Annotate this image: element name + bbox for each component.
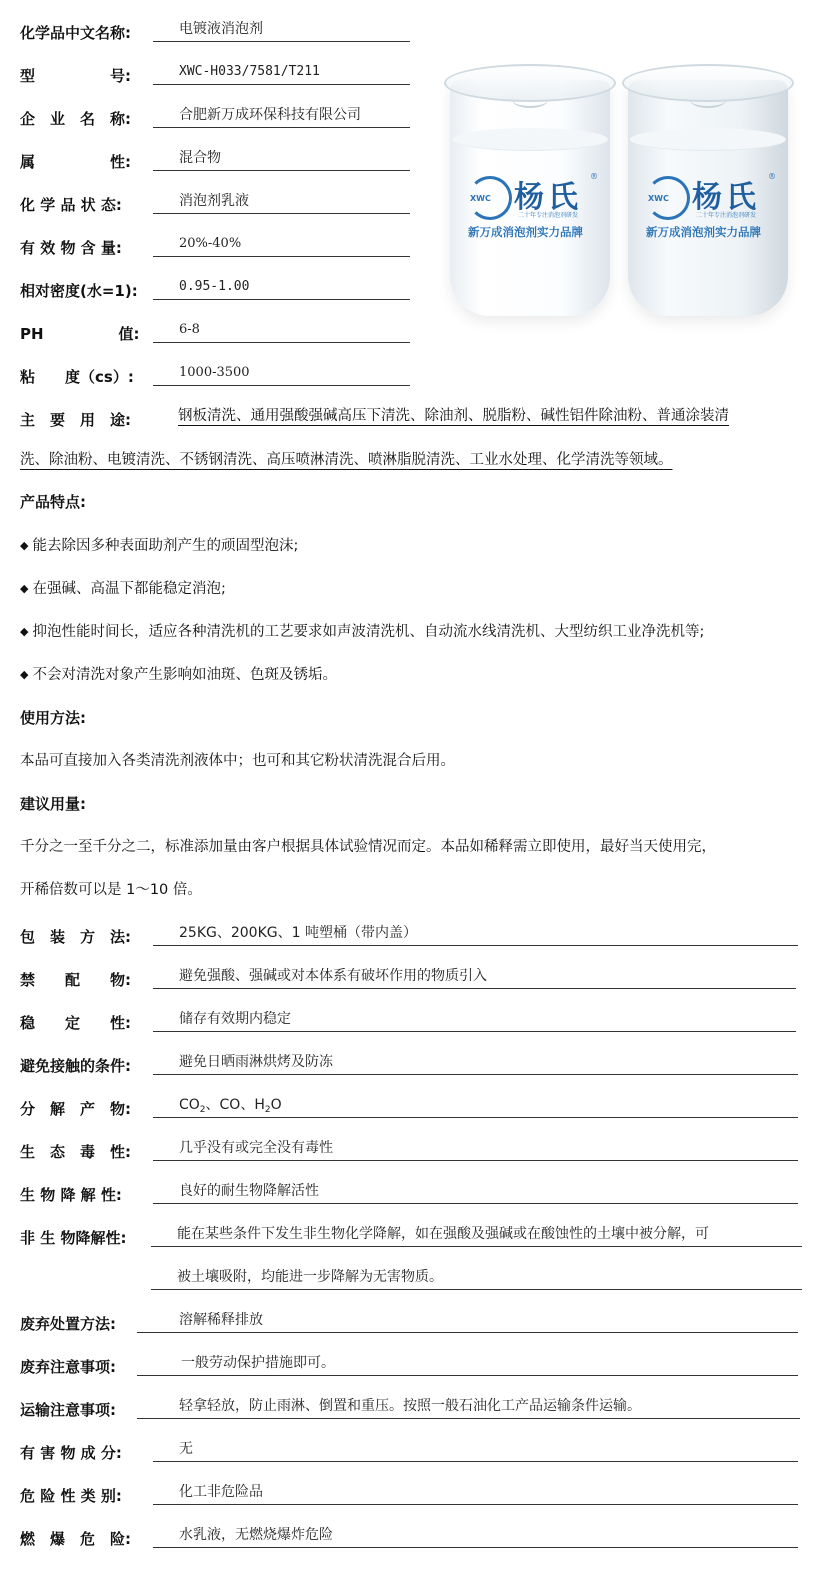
label: 粘 度（cs）: (20, 366, 134, 388)
spec-row-ph: PH 值: (20, 315, 140, 345)
method-heading: 使用方法: (20, 707, 86, 729)
value-packaging: 25KG、200KG、1 吨塑桶（带内盖） (153, 922, 798, 946)
label: 主 要 用 途: (20, 409, 131, 431)
detail-row-decomposition: 分 解 产 物: (20, 1090, 131, 1120)
feature-item: ◆能去除因多种表面助剂产生的顽固型泡沫; (20, 535, 298, 557)
diamond-bullet-icon: ◆ (20, 625, 28, 638)
beaker-left: XWC 杨氏 ® 二十年专注消泡剂研发 新万成消泡剂实力品牌 (450, 80, 610, 316)
value-hazard-class: 化工非危险品 (153, 1481, 798, 1505)
method-text: 本品可直接加入各类清洗剂液体中；也可和其它粉状清洗混合后用。 (20, 750, 455, 772)
feature-item: ◆在强碱、高温下都能稳定消泡; (20, 578, 226, 600)
spec-row-company: 企 业 名 称: (20, 100, 131, 130)
value-fire-hazard: 水乳液，无燃烧爆炸危险 (153, 1524, 798, 1548)
value-model: XWC-H033/7581/T211 (153, 61, 410, 85)
brand-logo: XWC 杨氏 ® 二十年专注消泡剂研发 新万成消泡剂实力品牌 (464, 172, 604, 242)
dosage-line-2: 开稀倍数可以是 1～10 倍。 (20, 879, 202, 901)
usage-line-2: 洗、除油粉、电镀清洗、不锈钢清洗、高压喷淋清洗、喷淋脂脱清洗、工业水处理、化学清… (20, 449, 673, 471)
detail-row-transport-notes: 运输注意事项: (20, 1391, 116, 1421)
value-disposal-method: 溶解稀释排放 (137, 1309, 798, 1333)
value-chinese-name: 电镀液消泡剂 (153, 18, 410, 42)
diamond-bullet-icon: ◆ (20, 582, 28, 595)
detail-row-eco-toxicity: 生 态 毒 性: (20, 1133, 131, 1163)
spec-row-chinese-name: 化学品中文名称: (20, 14, 131, 44)
detail-row-packaging: 包 装 方 法: (20, 918, 131, 948)
value-eco-toxicity: 几乎没有或完全没有毒性 (153, 1137, 798, 1161)
label: 相对密度(水=1): (20, 280, 138, 302)
detail-row-biodegradability: 生 物 降 解 性: (20, 1176, 122, 1206)
diamond-bullet-icon: ◆ (20, 668, 28, 681)
value-transport-notes: 轻拿轻放，防止雨淋、倒置和重压。按照一般石油化工产品运输条件运输。 (137, 1395, 800, 1419)
value-incompatible: 避免强酸、强碱或对本体系有破坏作用的物质引入 (153, 965, 796, 989)
detail-row-stability: 稳 定 性: (20, 1004, 131, 1034)
value-content: 20%-40% (153, 233, 410, 257)
detail-row-disposal-method: 废弃处置方法: (20, 1305, 116, 1335)
detail-row-avoid: 避免接触的条件: (20, 1047, 131, 1077)
value-hazardous: 无 (153, 1438, 798, 1462)
value-abiotic-line-1: 能在某些条件下发生非生物化学降解，如在强酸及强碱或在酸蚀性的土壤中被分解，可 (151, 1223, 802, 1247)
spec-row-model: 型 号: (20, 57, 131, 87)
value-stability: 储存有效期内稳定 (153, 1008, 796, 1032)
label: 企 业 名 称: (20, 108, 131, 130)
feature-item: ◆抑泡性能时间长，适应各种清洗机的工艺要求如声波清洗机、自动流水线清洗机、大型纺… (20, 621, 704, 643)
value-abiotic-line-2: 被土壤吸附，均能进一步降解为无害物质。 (151, 1266, 802, 1290)
spec-row-viscosity: 粘 度（cs）: (20, 358, 134, 388)
detail-row-hazardous: 有 害 物 成 分: (20, 1434, 122, 1464)
dosage-line-1: 千分之一至千分之二，标准添加量由客户根据具体试验情况而定。本品如稀释需立即使用，… (20, 836, 716, 858)
value-disposal-notes: 一般劳动保护措施即可。 (137, 1352, 798, 1376)
value-state: 消泡剂乳液 (153, 190, 410, 214)
spec-row-density: 相对密度(水=1): (20, 272, 138, 302)
spec-row-content: 有 效 物 含 量: (20, 229, 122, 259)
label: 型 号: (20, 65, 131, 87)
product-image: XWC 杨氏 ® 二十年专注消泡剂研发 新万成消泡剂实力品牌 XWC 杨氏 ® … (442, 52, 810, 338)
detail-row-fire-hazard: 燃 爆 危 险: (20, 1520, 131, 1550)
spec-row-usage: 主 要 用 途: (20, 401, 131, 431)
value-property: 混合物 (153, 147, 410, 171)
label: 化 学 品 状 态: (20, 194, 122, 216)
features-heading: 产品特点: (20, 491, 86, 513)
brand-logo: XWC 杨氏 ® 二十年专注消泡剂研发 新万成消泡剂实力品牌 (642, 172, 782, 242)
spec-row-state: 化 学 品 状 态: (20, 186, 122, 216)
value-ph: 6-8 (153, 319, 410, 343)
detail-row-disposal-notes: 废弃注意事项: (20, 1348, 116, 1378)
usage-line-1: 钢板清洗、通用强酸强碱高压下清洗、除油剂、脱脂粉、碱性铝件除油粉、普通涂装清 (178, 405, 729, 427)
value-density: 0.95-1.00 (153, 276, 410, 300)
label: 有 效 物 含 量: (20, 237, 122, 259)
detail-row-abiotic: 非 生 物降解性: (20, 1219, 126, 1249)
value-biodegradability: 良好的耐生物降解活性 (153, 1180, 798, 1204)
feature-item: ◆不会对清洗对象产生影响如油斑、色斑及锈垢。 (20, 664, 337, 686)
diamond-bullet-icon: ◆ (20, 539, 28, 552)
detail-row-incompatible: 禁 配 物: (20, 961, 131, 991)
label: 化学品中文名称: (20, 22, 131, 44)
detail-row-hazard-class: 危 险 性 类 别: (20, 1477, 122, 1507)
dosage-heading: 建议用量: (20, 793, 86, 815)
label: 属 性: (20, 151, 131, 173)
value-viscosity: 1000-3500 (153, 362, 410, 386)
value-company: 合肥新万成环保科技有限公司 (153, 104, 410, 128)
label: PH 值: (20, 323, 140, 345)
beaker-right: XWC 杨氏 ® 二十年专注消泡剂研发 新万成消泡剂实力品牌 (628, 80, 788, 316)
value-avoid: 避免日晒雨淋烘烤及防冻 (153, 1051, 798, 1075)
spec-row-property: 属 性: (20, 143, 131, 173)
value-decomposition: CO2、CO、H2O (153, 1094, 798, 1118)
